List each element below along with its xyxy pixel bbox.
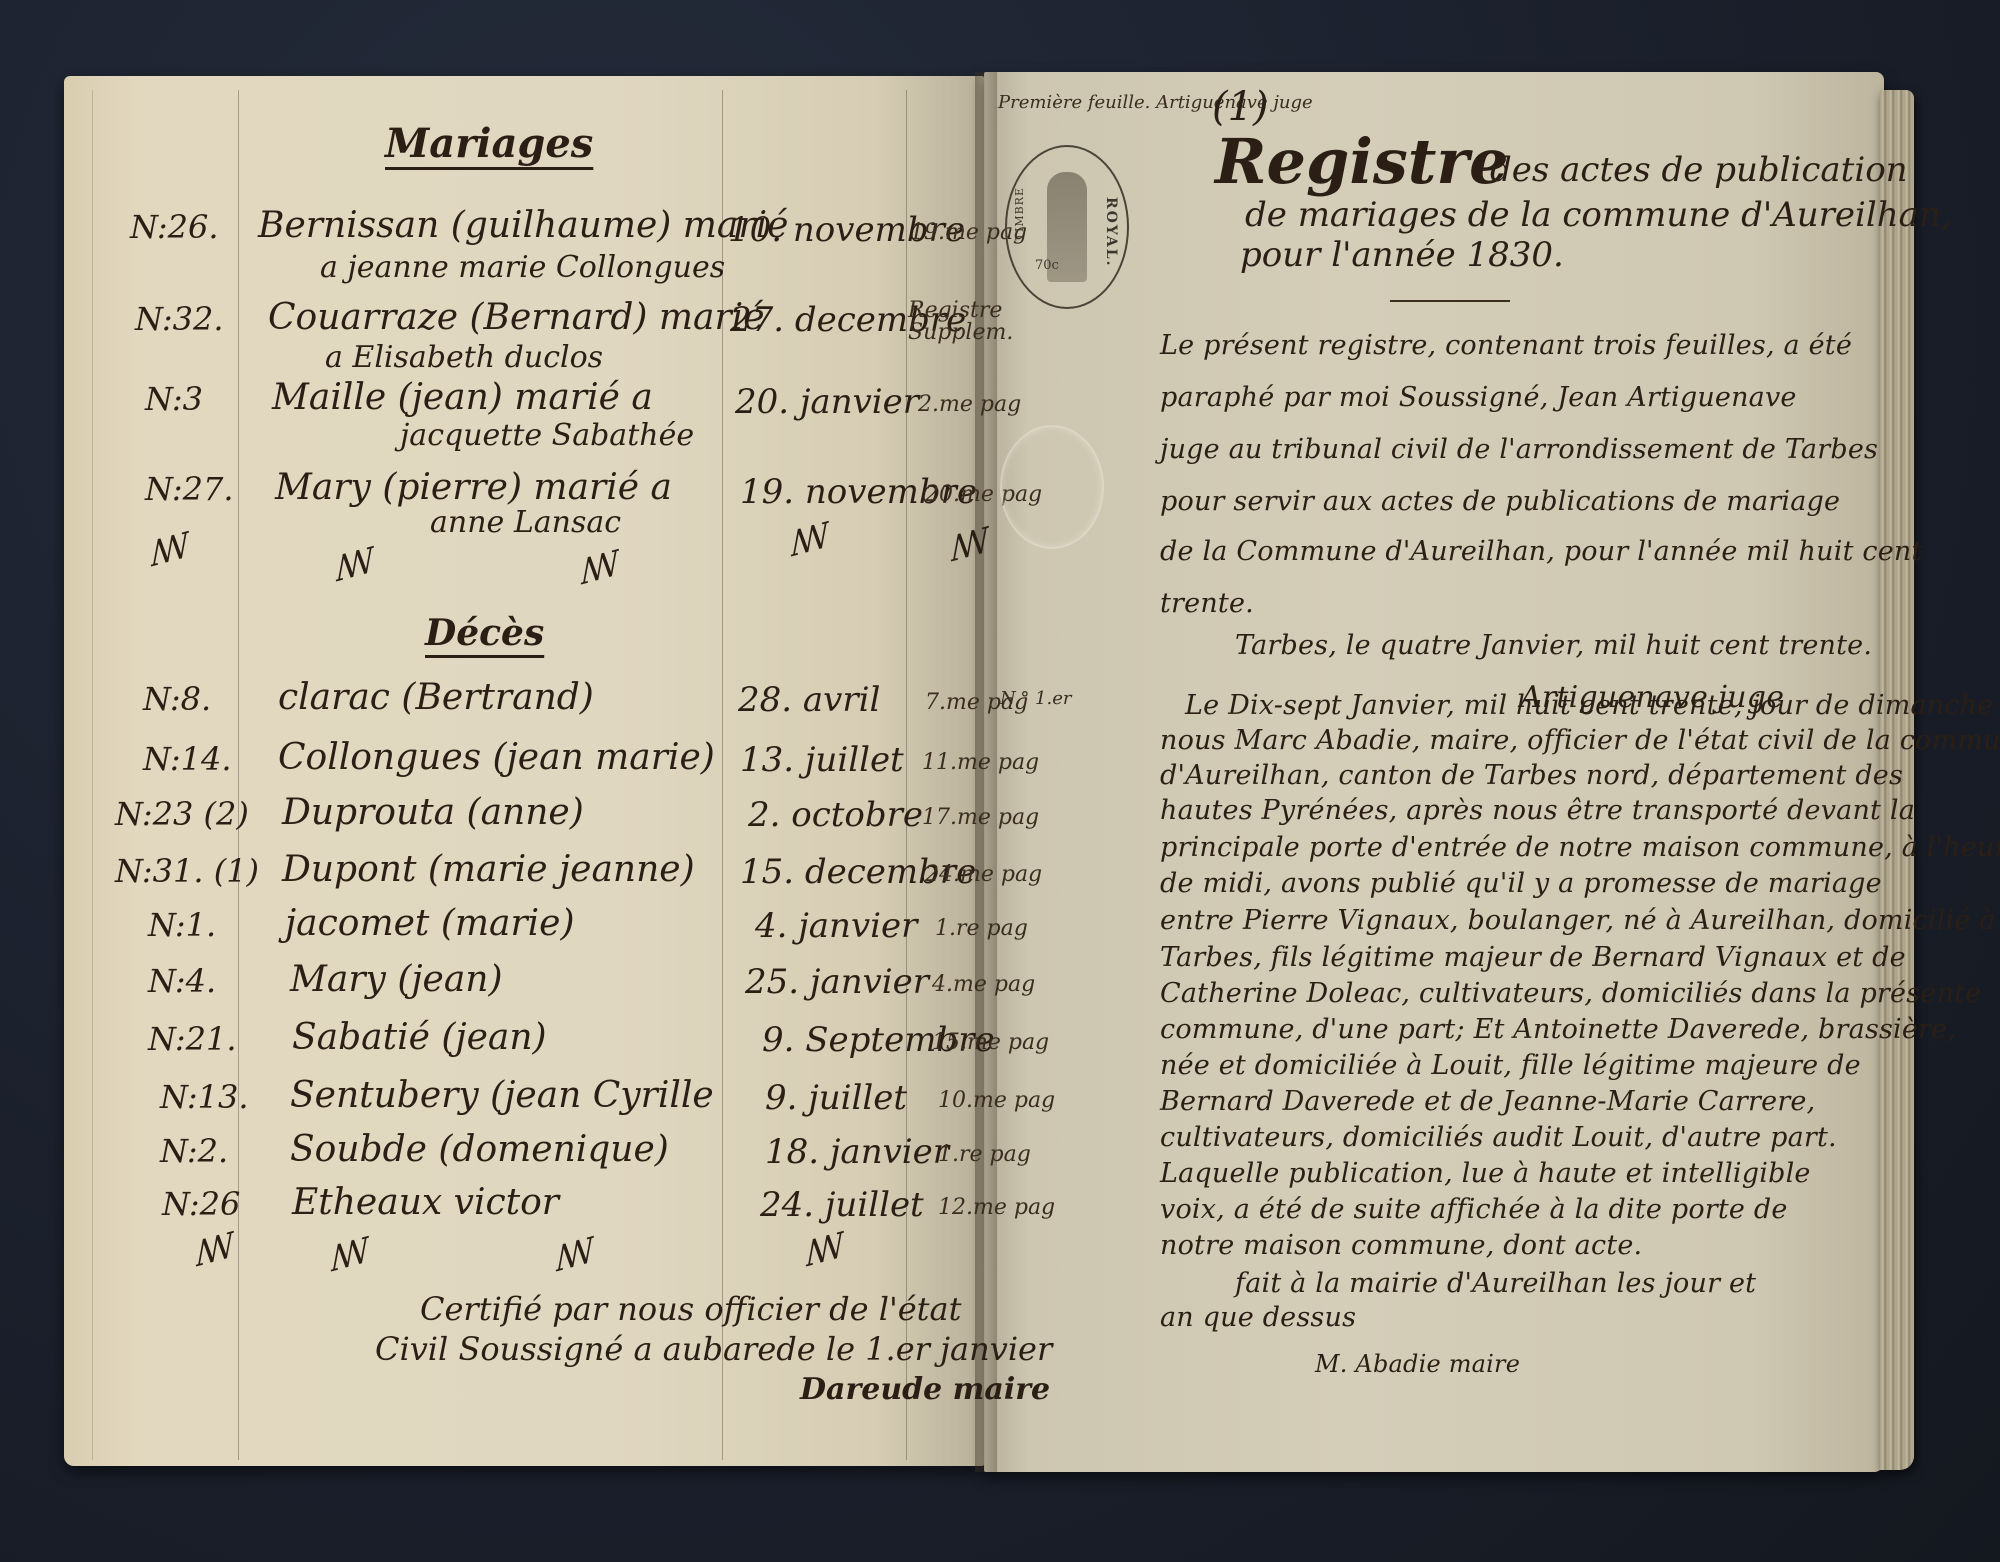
act-line: Catherine Doleac, cultivateurs, domicili… [1160, 978, 1981, 1009]
act-line: d'Aureilhan, canton de Tarbes nord, dépa… [1160, 760, 1903, 791]
entry-name: Soubde (domenique) [290, 1129, 669, 1170]
entry-name: Mary (jean) [290, 959, 503, 1000]
entry-page: 11.me pag [922, 750, 1039, 775]
entry-name: Duprouta (anne) [282, 792, 584, 833]
entry-line2: anne Lansac [430, 505, 621, 540]
entry-number: N:21. [148, 1020, 237, 1058]
register-title-line3: pour l'année 1830. [1240, 235, 1564, 275]
act-line: née et domiciliée à Louit, fille légitim… [1160, 1050, 1861, 1081]
entry-page: 2.me pag [918, 392, 1021, 417]
entry-name: Dupont (marie jeanne) [282, 849, 695, 890]
intro-line: juge au tribunal civil de l'arrondisseme… [1160, 434, 1878, 465]
place-date: Tarbes, le quatre Janvier, mil huit cent… [1235, 630, 1872, 661]
column-rule [906, 90, 907, 1460]
act-line: Le Dix-sept Janvier, mil huit cent trent… [1185, 690, 1993, 721]
entry-date: 9. juillet [765, 1078, 907, 1118]
act-line: de midi, avons publié qu'il y a promesse… [1160, 868, 1882, 899]
margin-rule [92, 90, 93, 1460]
stamp-value: 70c [1035, 258, 1059, 273]
entry-number: N:26. [130, 208, 219, 246]
column-rule [722, 90, 723, 1460]
marriages-heading: Mariages [385, 120, 593, 167]
title-divider [1390, 300, 1510, 302]
entry-date: 24. juillet [760, 1185, 924, 1225]
entry-date: 13. juillet [740, 740, 904, 780]
folio-number: (1) [1212, 84, 1269, 130]
entry-line1: Couarraze (Bernard) marié [268, 297, 765, 338]
entry-name: Sentubery (jean Cyrille [290, 1075, 714, 1116]
entry-line1: Maille (jean) marié a [272, 377, 653, 418]
intro-line: paraphé par moi Soussigné, Jean Artiguen… [1160, 382, 1797, 413]
entry-date: 18. janvier [765, 1132, 949, 1172]
certification-signature: Dareude maire [800, 1372, 1050, 1407]
act-line: Laquelle publication, lue à haute et int… [1160, 1158, 1811, 1189]
act-line: commune, d'une part; Et Antoinette Daver… [1160, 1014, 1956, 1045]
act-line: entre Pierre Vignaux, boulanger, né à Au… [1160, 905, 1996, 936]
certification-line2: Civil Soussigné a aubarede le 1.er janvi… [375, 1330, 1052, 1368]
royal-tax-stamp: ROYAL. TIMBRE 70c [1005, 145, 1129, 309]
entry-number: N:32. [135, 300, 224, 338]
intro-line: pour servir aux actes de publications de… [1160, 486, 1840, 517]
entry-number: N:14. [143, 740, 232, 778]
register-title-line2: de mariages de la commune d'Aureilhan, [1245, 195, 1952, 235]
entry-line2: a Elisabeth duclos [325, 340, 603, 375]
deaths-heading: Décès [425, 612, 544, 654]
intro-line: de la Commune d'Aureilhan, pour l'année … [1160, 536, 1923, 567]
entry-number: N:4. [148, 962, 216, 1000]
act-margin-number: N.° 1.er [1000, 688, 1071, 709]
act-line: voix, a été de suite affichée à la dite … [1160, 1194, 1788, 1225]
entry-date: 28. avril [738, 680, 880, 720]
entry-number: N:13. [160, 1078, 249, 1116]
entry-page: 10.me pag [938, 1088, 1055, 1113]
entry-date: 20. janvier [735, 382, 919, 422]
entry-line2: a jeanne marie Collongues [320, 250, 725, 285]
act-line: principale porte d'entrée de notre maiso… [1160, 832, 2000, 863]
closing-line2: an que dessus [1160, 1302, 1356, 1333]
entry-date: 4. janvier [755, 906, 917, 946]
entry-page: 4.me pag [932, 972, 1035, 997]
entry-number: N:26 [162, 1185, 240, 1223]
entry-page: 24.me pag [925, 862, 1042, 887]
entry-name: clarac (Bertrand) [278, 677, 594, 718]
entry-page: 12.me pag [938, 1195, 1055, 1220]
act-line: Bernard Daverede et de Jeanne-Marie Carr… [1160, 1086, 1815, 1117]
entry-date: 25. janvier [745, 962, 929, 1002]
entry-page: 15.me pag [932, 1030, 1049, 1055]
entry-number: N:31. (1) [115, 852, 259, 890]
act-line: nous Marc Abadie, maire, officier de l'é… [1160, 725, 2000, 756]
entry-page: Registre Supplem. [908, 300, 980, 344]
entry-name: Etheaux victor [292, 1182, 559, 1223]
act-line: cultivateurs, domiciliés audit Louit, d'… [1160, 1122, 1837, 1153]
closing-line1: fait à la mairie d'Aureilhan les jour et [1235, 1268, 1756, 1299]
entry-date: 2. octobre [748, 795, 923, 835]
entry-number: N:27. [145, 470, 234, 508]
stamp-label: ROYAL. [1103, 197, 1119, 268]
entry-page: 1.re pag [935, 916, 1028, 941]
register-title-line1: des actes de publication [1490, 150, 1908, 190]
entry-line1: Mary (pierre) marié a [275, 467, 672, 508]
entry-number: N:3 [145, 380, 203, 418]
certification-line1: Certifié par nous officier de l'état [420, 1290, 961, 1328]
entry-page: 1.re pag [938, 1142, 1031, 1167]
entry-number: N:1. [148, 906, 216, 944]
entry-page: 17.me pag [922, 805, 1039, 830]
entry-number: N:23 (2) [115, 795, 249, 833]
entry-name: Sabatié (jean) [292, 1017, 547, 1058]
embossed-seal-icon [1000, 425, 1104, 549]
entry-number: N:2. [160, 1132, 228, 1170]
entry-name: jacomet (marie) [285, 903, 575, 944]
act-line: Tarbes, fils légitime majeur de Bernard … [1160, 942, 1906, 973]
register-title: Registre [1215, 125, 1509, 198]
entry-line1: Bernissan (guilhaume) marié [258, 205, 788, 246]
entry-line2: jacquette Sabathée [400, 418, 694, 453]
entry-number: N:8. [143, 680, 211, 718]
mayor-signature: M. Abadie maire [1315, 1350, 1520, 1378]
act-line: notre maison commune, dont acte. [1160, 1230, 1642, 1261]
intro-line: Le présent registre, contenant trois feu… [1160, 330, 1852, 361]
act-line: hautes Pyrénées, après nous être transpo… [1160, 795, 1915, 826]
intro-line: trente. [1160, 588, 1254, 619]
open-register-book: Mariages N:26. Bernissan (guilhaume) mar… [0, 0, 2000, 1562]
stamp-left-label: TIMBRE [1013, 187, 1026, 240]
entry-name: Collongues (jean marie) [278, 737, 715, 778]
